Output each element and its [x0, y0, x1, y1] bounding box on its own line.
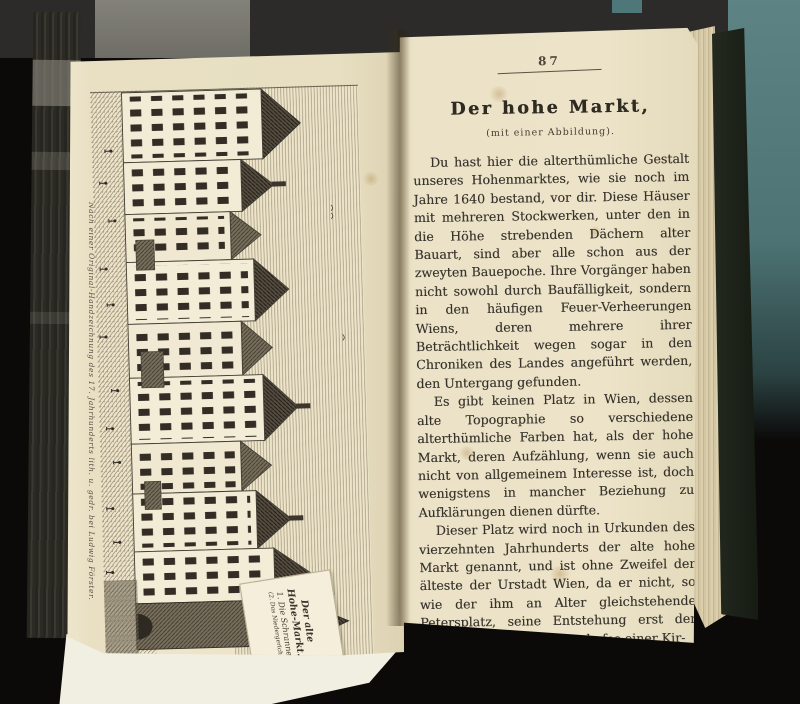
- left-page: Nach einer Original-Handzeichnung des 17…: [62, 52, 404, 658]
- right-page: 87 Der hohe Markt, (mit einer Abbildung)…: [398, 26, 698, 658]
- book-photo: Nach einer Original-Handzeichnung des 17…: [0, 0, 800, 704]
- paragraph: Dieser Platz wird noch in Urkunden des v…: [419, 518, 697, 651]
- page-number-rule: [498, 69, 602, 74]
- paragraph: Es gibt keinen Platz in Wien, dessen alt…: [417, 389, 695, 522]
- chapter-subheading: (mit einer Abbildung).: [412, 125, 688, 140]
- backdrop-gray-band: [95, 0, 250, 58]
- body-text: Du hast hier die alterthümliche Gestalt …: [413, 150, 697, 651]
- page-number: 87: [411, 52, 687, 70]
- backdrop-teal-chip: [612, 0, 642, 13]
- paragraph: Du hast hier die alterthümliche Gestalt …: [413, 150, 693, 394]
- chapter-heading: Der hohe Markt,: [412, 96, 688, 120]
- book-gutter-shadow: [386, 30, 410, 626]
